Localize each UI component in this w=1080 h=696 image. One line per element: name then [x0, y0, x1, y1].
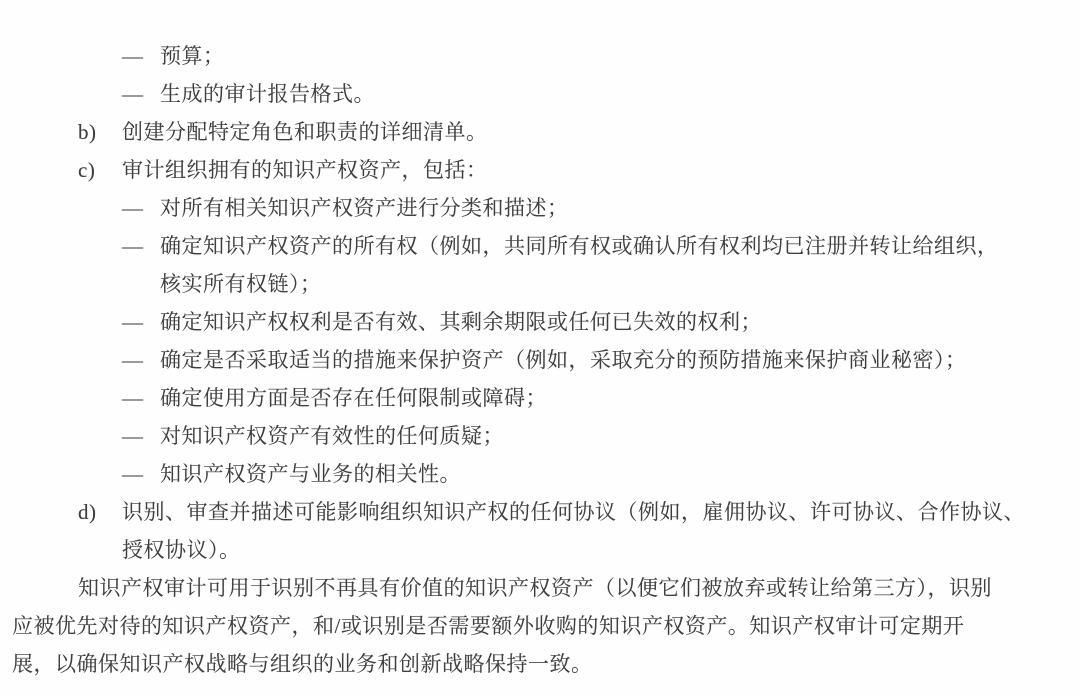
- list-item-text: 审计组织拥有的知识产权资产，包括：: [122, 151, 1080, 189]
- text-line: 确定是否采取适当的措施来保护资产（例如，采取充分的预防措施来保护商业秘密）；: [160, 341, 1080, 379]
- list-item-text: 确定使用方面是否存在任何限制或障碍；: [160, 379, 1080, 417]
- list-item-text: 知识产权资产与业务的相关性。: [160, 455, 1080, 493]
- list-item-text: 确定知识产权资产的所有权（例如，共同所有权或确认所有权利均已注册并转让给组织， …: [160, 227, 1080, 303]
- list-item: — 对所有相关知识产权资产进行分类和描述；: [0, 189, 1080, 227]
- text-line: 确定知识产权资产的所有权（例如，共同所有权或确认所有权利均已注册并转让给组织，: [160, 227, 1080, 265]
- list-item: c) 审计组织拥有的知识产权资产，包括：: [0, 151, 1080, 189]
- list-item-text: 确定知识产权权利是否有效、其剩余期限或任何已失效的权利；: [160, 303, 1080, 341]
- list-item-text: 识别、审查并描述可能影响组织知识产权的任何协议（例如，雇佣协议、许可协议、合作协…: [122, 493, 1080, 569]
- text-line: 核实所有权链）；: [160, 265, 1080, 303]
- list-item: — 生成的审计报告格式。: [0, 75, 1080, 113]
- text-line: 对所有相关知识产权资产进行分类和描述；: [160, 189, 1080, 227]
- list-item: — 确定是否采取适当的措施来保护资产（例如，采取充分的预防措施来保护商业秘密）；: [0, 341, 1080, 379]
- dash-bullet: —: [122, 303, 160, 341]
- text-line: 确定使用方面是否存在任何限制或障碍；: [160, 379, 1080, 417]
- list-item-text: 预算；: [160, 37, 1080, 75]
- list-item-text: 生成的审计报告格式。: [160, 75, 1080, 113]
- list-item: — 确定使用方面是否存在任何限制或障碍；: [0, 379, 1080, 417]
- list-item: — 预算；: [0, 37, 1080, 75]
- letter-marker: d): [78, 493, 122, 531]
- text-line: 审计组织拥有的知识产权资产，包括：: [122, 151, 1080, 189]
- letter-marker: b): [78, 113, 122, 151]
- list-item: b) 创建分配特定角色和职责的详细清单。: [0, 113, 1080, 151]
- text-line: 对知识产权资产有效性的任何质疑；: [160, 417, 1080, 455]
- text-line: 预算；: [160, 37, 1080, 75]
- dash-bullet: —: [122, 227, 160, 265]
- list-item: — 确定知识产权资产的所有权（例如，共同所有权或确认所有权利均已注册并转让给组织…: [0, 227, 1080, 303]
- text-line: 确定知识产权权利是否有效、其剩余期限或任何已失效的权利；: [160, 303, 1080, 341]
- list-item: — 对知识产权资产有效性的任何质疑；: [0, 417, 1080, 455]
- list-item-text: 创建分配特定角色和职责的详细清单。: [122, 113, 1080, 151]
- text-line: 识别、审查并描述可能影响组织知识产权的任何协议（例如，雇佣协议、许可协议、合作协…: [122, 493, 1080, 531]
- list-item-text: 对所有相关知识产权资产进行分类和描述；: [160, 189, 1080, 227]
- dash-bullet: —: [122, 341, 160, 379]
- list-item: — 知识产权资产与业务的相关性。: [0, 455, 1080, 493]
- dash-bullet: —: [122, 37, 160, 75]
- dash-bullet: —: [122, 75, 160, 113]
- text-line: 生成的审计报告格式。: [160, 75, 1080, 113]
- text-line: 知识产权资产与业务的相关性。: [160, 455, 1080, 493]
- dash-bullet: —: [122, 455, 160, 493]
- text-line: 创建分配特定角色和职责的详细清单。: [122, 113, 1080, 151]
- paragraph-line: 应被优先对待的知识产权资产，和/或识别是否需要额外收购的知识产权资产。知识产权审…: [12, 607, 1070, 645]
- paragraph-line: 展，以确保知识产权战略与组织的业务和创新战略保持一致。: [12, 645, 1070, 683]
- dash-bullet: —: [122, 189, 160, 227]
- list-item-text: 对知识产权资产有效性的任何质疑；: [160, 417, 1080, 455]
- dash-bullet: —: [122, 417, 160, 455]
- letter-marker: c): [78, 151, 122, 189]
- list-item: d) 识别、审查并描述可能影响组织知识产权的任何协议（例如，雇佣协议、许可协议、…: [0, 493, 1080, 569]
- list-item-text: 确定是否采取适当的措施来保护资产（例如，采取充分的预防措施来保护商业秘密）；: [160, 341, 1080, 379]
- paragraph-line: 知识产权审计可用于识别不再具有价值的知识产权资产（以便它们被放弃或转让给第三方）…: [12, 569, 1070, 607]
- text-line: 授权协议）。: [122, 531, 1080, 569]
- list-item: — 确定知识产权权利是否有效、其剩余期限或任何已失效的权利；: [0, 303, 1080, 341]
- document-page: — 预算； — 生成的审计报告格式。 b) 创建分配特定角色和职责的详细清单。 …: [0, 0, 1080, 696]
- closing-paragraph: 知识产权审计可用于识别不再具有价值的知识产权资产（以便它们被放弃或转让给第三方）…: [12, 569, 1070, 683]
- dash-bullet: —: [122, 379, 160, 417]
